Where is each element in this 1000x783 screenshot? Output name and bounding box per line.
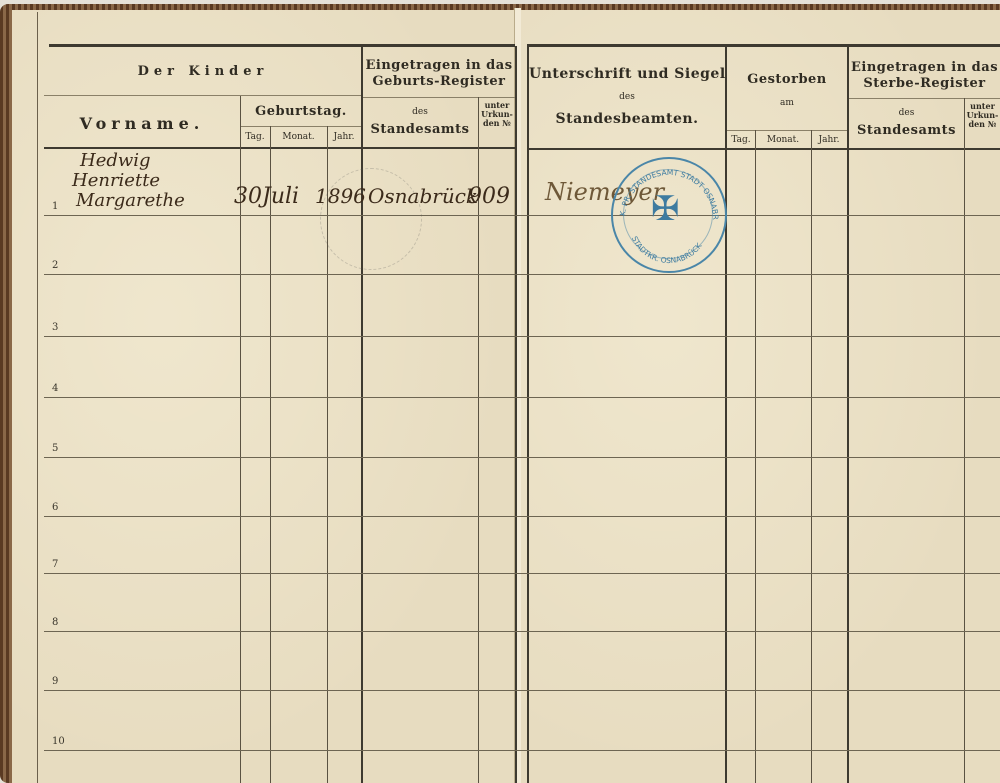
r-monat-header: Monat. [755, 135, 811, 145]
gestorben-header: Gestorben [727, 72, 847, 87]
right-page-left-border [527, 46, 529, 783]
sterbereg-subrule [849, 98, 1000, 99]
row-rule-7 [44, 573, 1000, 574]
col-divider-gestorben [725, 46, 727, 783]
top-rule-left [49, 44, 515, 47]
am-label: am [727, 98, 847, 108]
top-rule-right [527, 44, 1000, 47]
urkunde-header: unter Urkun- den № [479, 101, 515, 128]
header-rule-right [527, 148, 1000, 150]
row-rule-8 [44, 631, 1000, 632]
col-divider-monat [270, 126, 271, 783]
col-divider-register [361, 46, 363, 783]
row-rule-10 [44, 750, 1000, 751]
entry-standesamt: Osnabrück [368, 184, 478, 208]
eagle-emblem-icon: ✠ [651, 189, 680, 229]
kinder-subrule [44, 95, 362, 96]
vorname-header: Vorname. [44, 114, 240, 133]
row-rule-3 [44, 336, 1000, 337]
entry-monat: Juli [262, 184, 299, 209]
geburtsreg-header-line1: Eingetragen in das [362, 58, 516, 73]
row-number: 7 [52, 559, 58, 570]
row-rule-2 [44, 274, 1000, 275]
row-number: 1 [52, 201, 58, 212]
row-number: 6 [52, 502, 58, 513]
unterschrift-header-line1: Unterschrift und Siegel [529, 66, 725, 82]
col-divider-r-urkunde [964, 98, 965, 783]
sterbereg-header-line2: Sterbe-Register [849, 76, 1000, 91]
standesamts-header: Standesamts [362, 122, 478, 137]
r-des-label: des [849, 108, 964, 118]
r-standesamts-header: Standesamts [849, 123, 964, 138]
geburtstag-header: Geburtstag. [240, 104, 362, 119]
svg-text:STADTKR. OSNABRÜCK: STADTKR. OSNABRÜCK [630, 235, 704, 265]
geburtstag-subrule [240, 126, 362, 127]
row-number: 5 [52, 443, 58, 454]
r-jahr-header: Jahr. [811, 135, 847, 145]
entry-urkunde-nr: 909 [468, 184, 510, 209]
monat-header: Monat. [270, 132, 327, 142]
left-page-right-border [515, 46, 517, 783]
left-page-margin-line [37, 12, 38, 783]
sterbereg-header-line1: Eingetragen in das [849, 60, 1000, 75]
row-rule-1 [44, 215, 1000, 216]
entry-jahr: 1896 [315, 184, 366, 208]
row-number: 8 [52, 617, 58, 628]
header-rule-left [44, 147, 516, 149]
jahr-header: Jahr. [327, 132, 361, 142]
entry-vorname-line2: Henriette [72, 170, 160, 191]
row-number: 9 [52, 676, 58, 687]
row-rule-5 [44, 457, 1000, 458]
official-seal-stamp: K. PR. STANDESAMT STADT OSNABRÜCK STADTK… [611, 157, 727, 273]
des-label: des [362, 107, 478, 117]
tag-header: Tag. [240, 132, 270, 142]
row-rule-4 [44, 397, 1000, 398]
entry-vorname-line1: Hedwig [80, 150, 151, 171]
geburtsreg-subrule [362, 97, 516, 98]
gestorben-subrule [727, 130, 847, 131]
unterschrift-header-line2: Standesbeamten. [529, 111, 725, 127]
row-number: 3 [52, 322, 58, 333]
unterschrift-des: des [529, 92, 725, 102]
r-urkunde-header: unter Urkun- den № [965, 102, 1000, 129]
r-tag-header: Tag. [727, 135, 755, 145]
row-rule-9 [44, 690, 1000, 691]
kinder-header: Der Kinder [44, 64, 362, 79]
geburtsreg-header-line2: Geburts-Register [362, 74, 516, 89]
row-number: 2 [52, 260, 58, 271]
entry-tag: 30 [234, 184, 262, 209]
row-number: 10 [52, 736, 65, 747]
row-rule-6 [44, 516, 1000, 517]
row-number: 4 [52, 383, 58, 394]
entry-vorname-line3: Margarethe [76, 190, 185, 211]
col-divider-sterbereg [847, 46, 849, 783]
